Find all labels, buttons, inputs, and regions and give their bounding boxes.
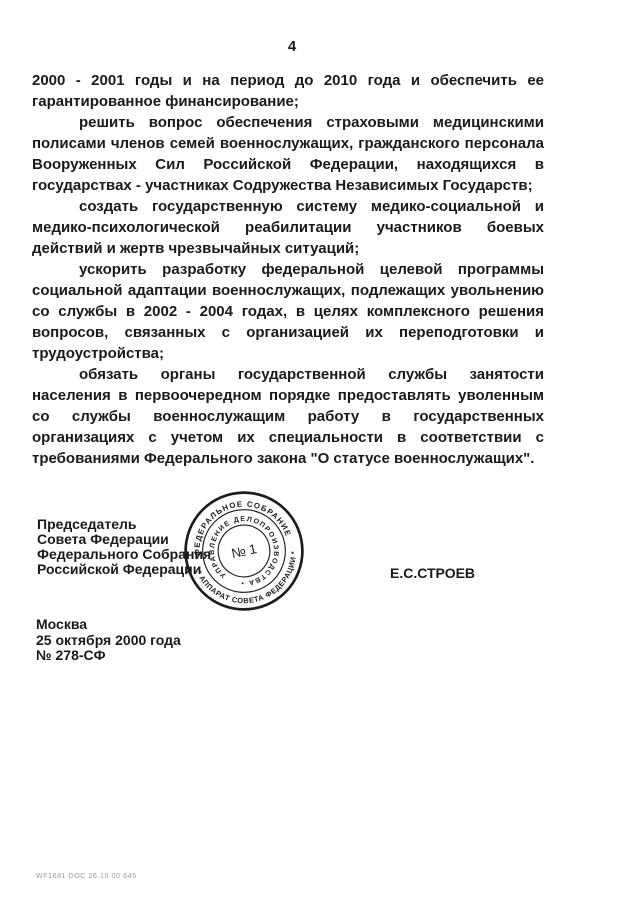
issuance-city: Москва — [36, 617, 181, 633]
official-stamp-icon: ФЕДЕРАЛЬНОЕ СОБРАНИЕ * АППАРАТ СОВЕТА ФЕ… — [182, 489, 306, 613]
issuance-number: № 278-СФ — [36, 648, 181, 664]
body-text: 2000 - 2001 годы и на период до 2010 год… — [32, 70, 544, 469]
page-number: 4 — [32, 38, 552, 55]
signer-name: Е.С.СТРОЕВ — [390, 565, 475, 581]
footer-file-note: WF1681 DOC 26.10.00 645 — [36, 873, 137, 880]
paragraph: 2000 - 2001 годы и на период до 2010 год… — [32, 70, 544, 112]
paragraph: обязать органы государственной службы за… — [32, 364, 544, 469]
paragraph: создать государственную систему медико-с… — [32, 196, 544, 259]
issuance-date: 25 октября 2000 года — [36, 633, 181, 649]
paragraph: ускорить разработку федеральной целевой … — [32, 259, 544, 364]
issuance-block: Москва 25 октября 2000 года № 278-СФ — [36, 617, 181, 664]
paragraph: решить вопрос обеспечения страховыми мед… — [32, 112, 544, 196]
document-page: 4 2000 - 2001 годы и на период до 2010 г… — [0, 0, 640, 900]
stamp-number: № 1 — [230, 541, 258, 561]
